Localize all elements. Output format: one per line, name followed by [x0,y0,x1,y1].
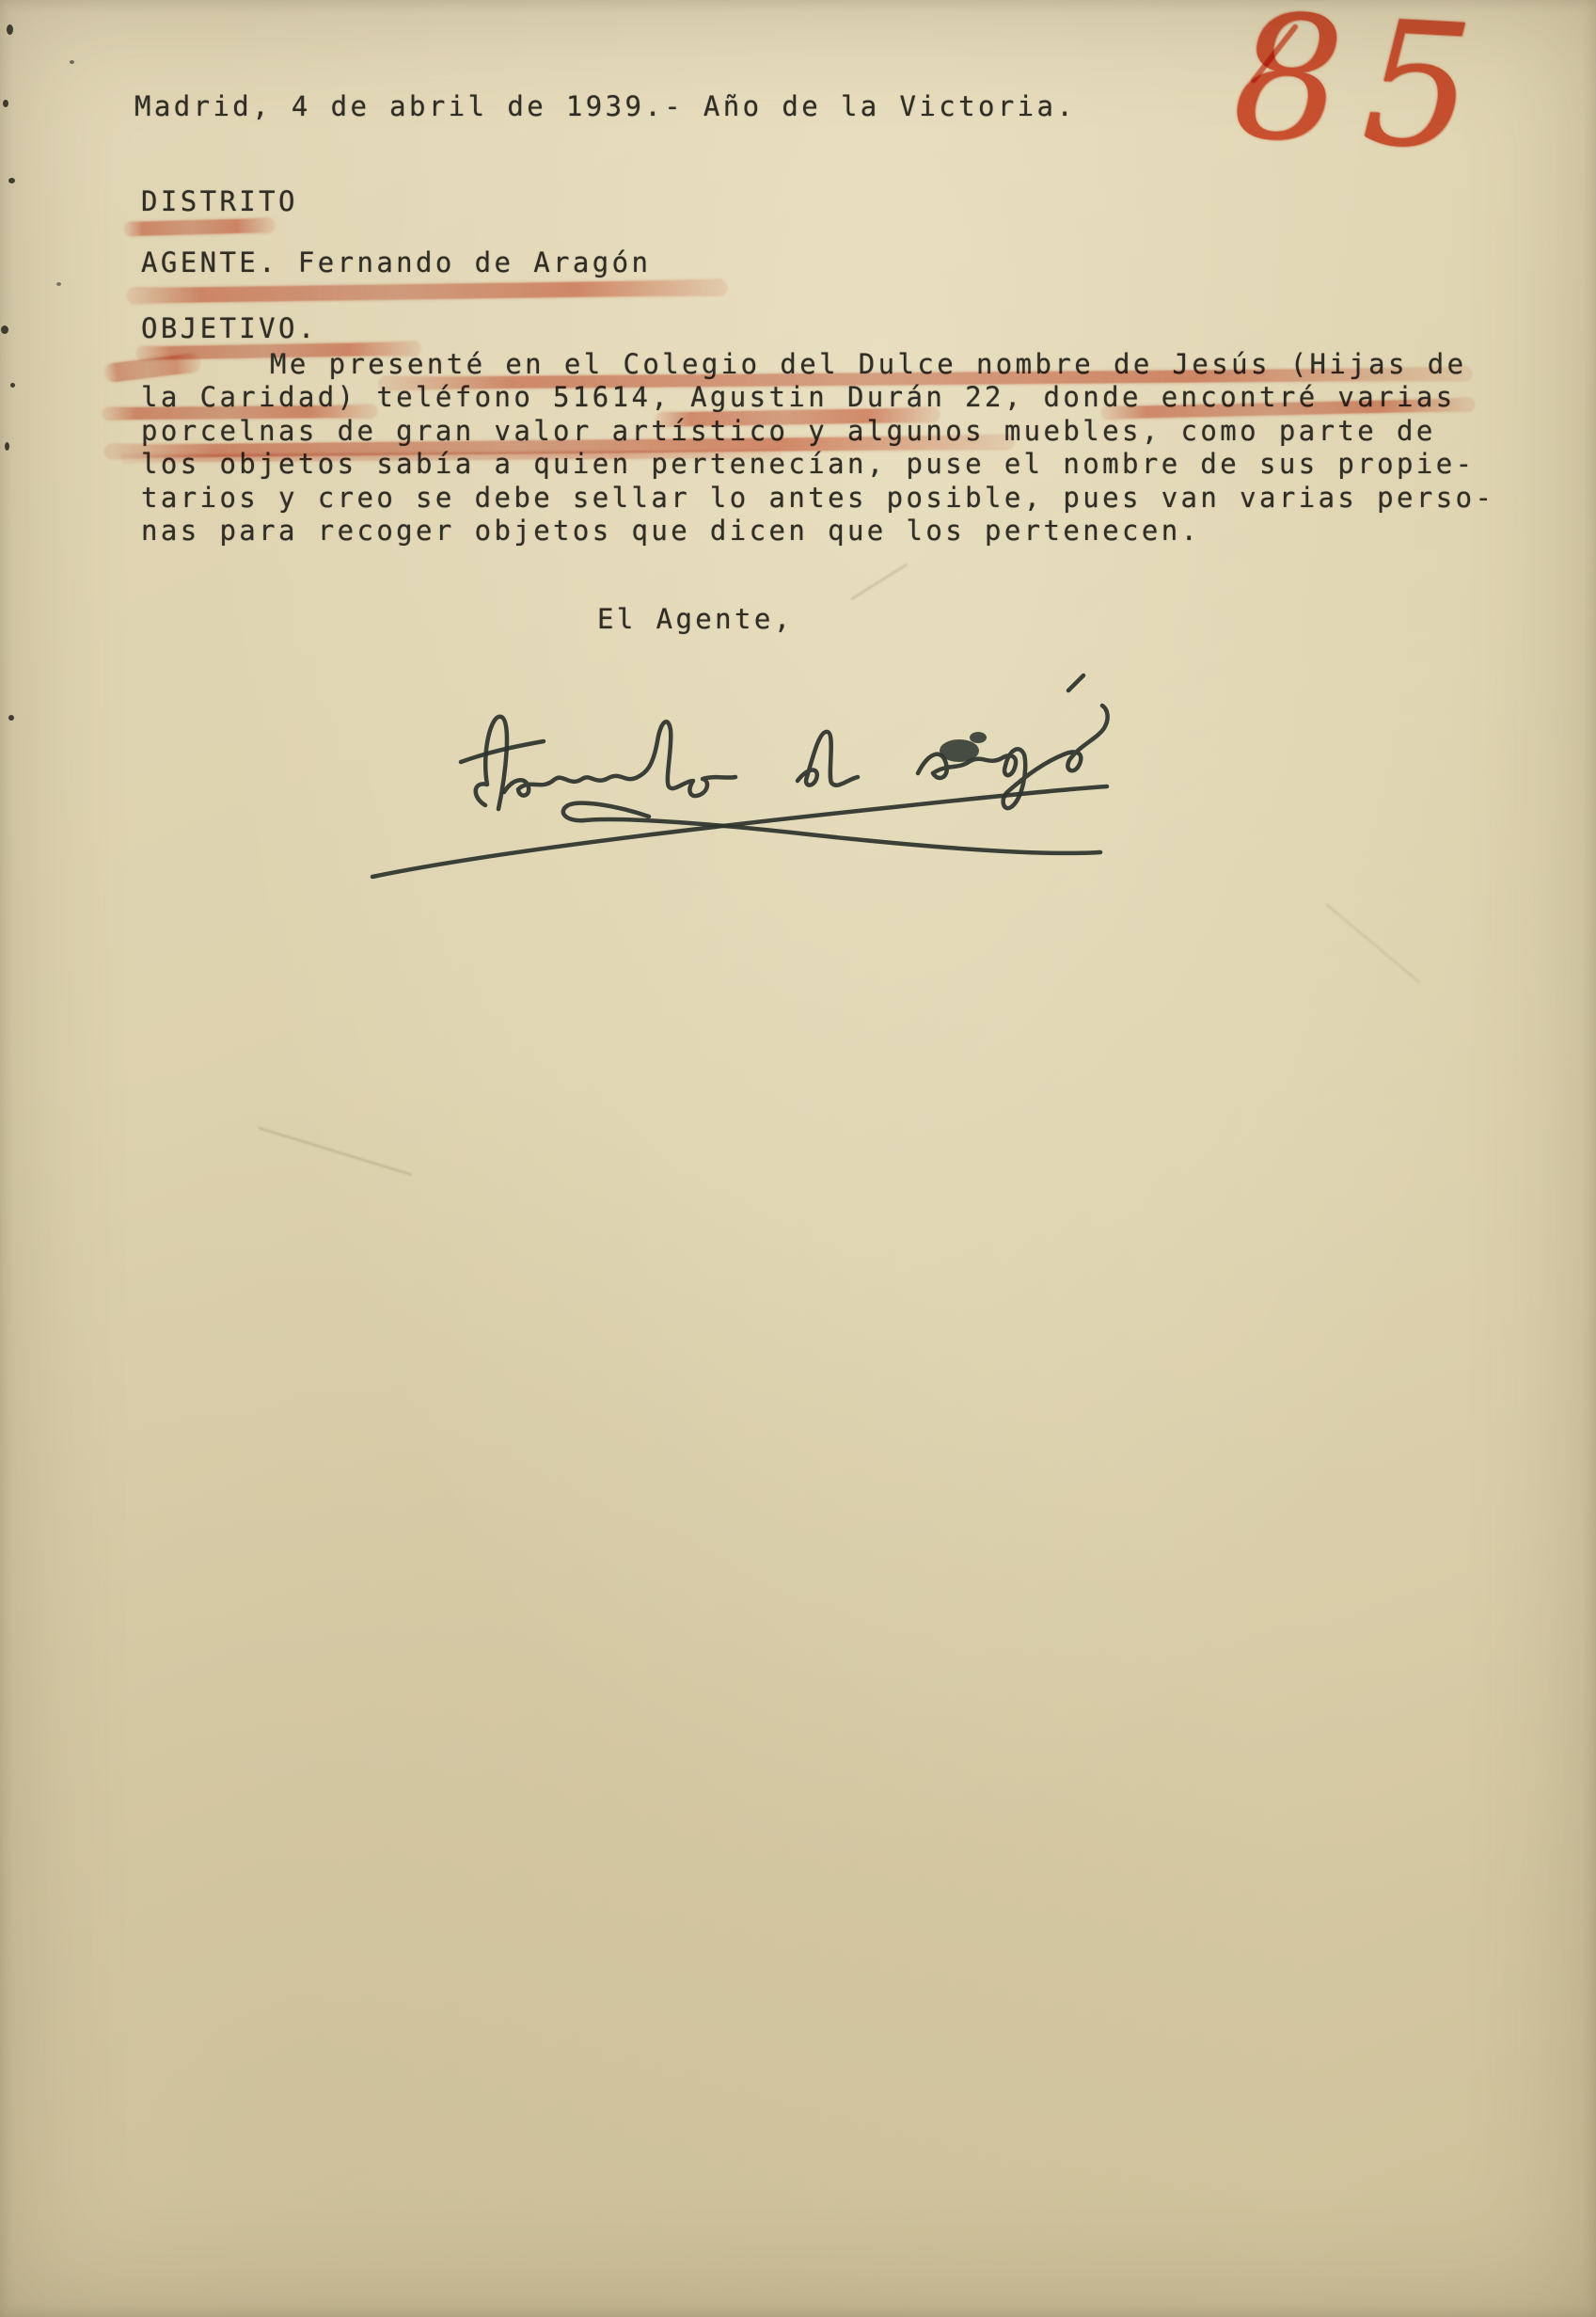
agent-underline [128,280,726,304]
paper-speck [5,442,9,451]
signature-flourish [563,803,1100,853]
signature-flourish [372,786,1107,877]
paper-speck [56,282,61,286]
paper-crease [1325,903,1420,983]
date-line: Madrid, 4 de abril de 1939.- Año de la V… [134,90,1076,122]
body-line: tarios y creo se debe sellar lo antes po… [141,482,1494,514]
folio-number: 85 [1229,0,1498,189]
paper-speck [8,178,15,183]
document-page: 85 Madrid, 4 de abril de 1939.- Año de l… [0,0,1596,2317]
district-underline [125,218,274,236]
paper-speck [3,100,8,107]
paper-speck [1,325,8,334]
body-underline-line2a [103,405,376,421]
body-line: nas para recoger objetos que dicen que l… [141,515,1200,547]
closing-line: El Agente, [597,603,794,635]
signature-drawing [357,640,1129,941]
objective-label: OBJETIVO. [141,312,318,344]
paper-speck [7,24,13,35]
district-label: DISTRITO [141,185,298,217]
paper-crease [850,563,907,600]
paper-speck [10,383,15,388]
paper-speck [70,60,74,64]
paper-crease [259,1127,412,1176]
paper-speck [8,715,14,721]
agent-line: AGENTE. Fernando de Aragón [141,246,651,278]
signature [357,640,1129,941]
